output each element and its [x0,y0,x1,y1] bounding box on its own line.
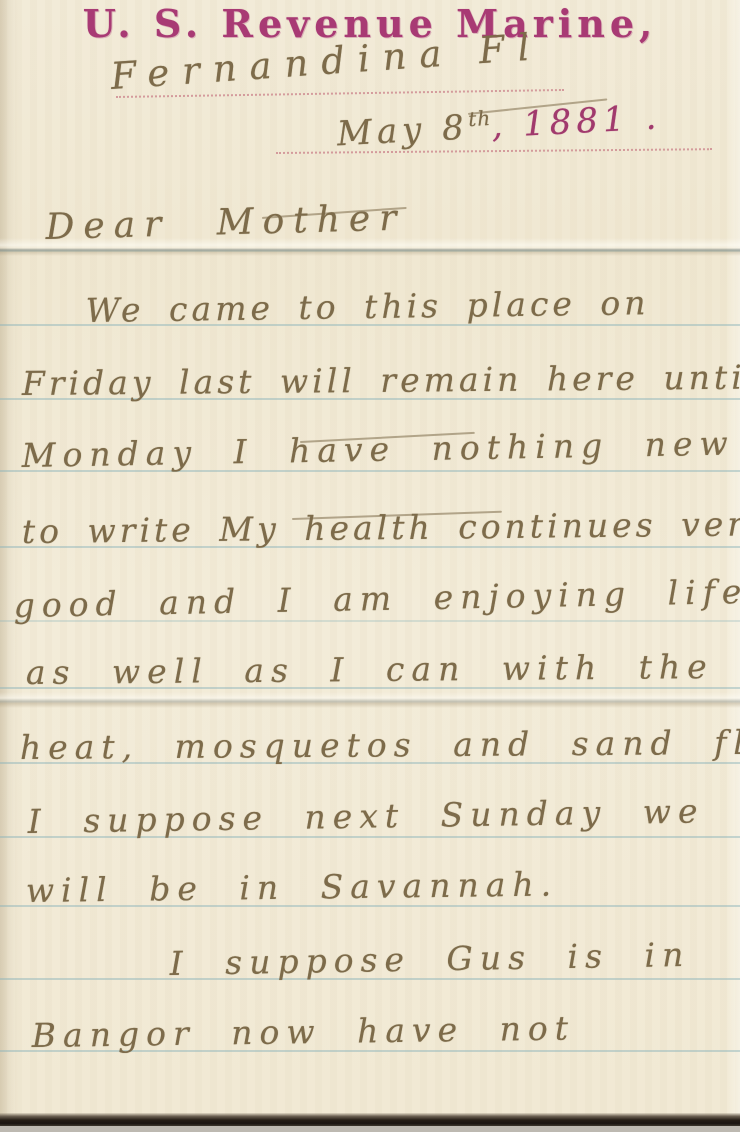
handwritten-line: We came to this place on [86,286,650,327]
date-ordinal: th [468,106,492,131]
scan-bottom-shadow [0,1113,740,1126]
salutation: Dear Mother [45,201,406,246]
handwritten-line: will be in Savannah. [26,867,559,907]
handwritten-line: to write My health continues very [22,507,740,548]
letter-paper: U. S. Revenue Marine, Fernandina Fl May … [0,0,740,1119]
handwritten-line: as well as I can with the [26,650,714,689]
date-end-mark: . [628,97,662,139]
handwritten-line: good and I am enjoying life [13,575,740,622]
handwritten-line: Bangor now have not [32,1011,576,1052]
handwritten-line: I suppose Gus is in [169,938,690,980]
fold-crease-middle [0,692,740,708]
date-day: May 8 [336,107,470,154]
handwritten-line: Monday I have nothing new [21,427,735,472]
handwritten-line: I suppose next Sunday we [27,794,704,838]
scanned-letter-page: U. S. Revenue Marine, Fernandina Fl May … [0,0,740,1132]
handwritten-line: Friday last will remain here until [22,361,740,400]
handwritten-line: heat, mosquetos and sand flies [20,725,740,764]
date-year-printed: , 1881 [491,99,631,146]
date-handwriting: May 8th, 1881 . [336,99,662,151]
